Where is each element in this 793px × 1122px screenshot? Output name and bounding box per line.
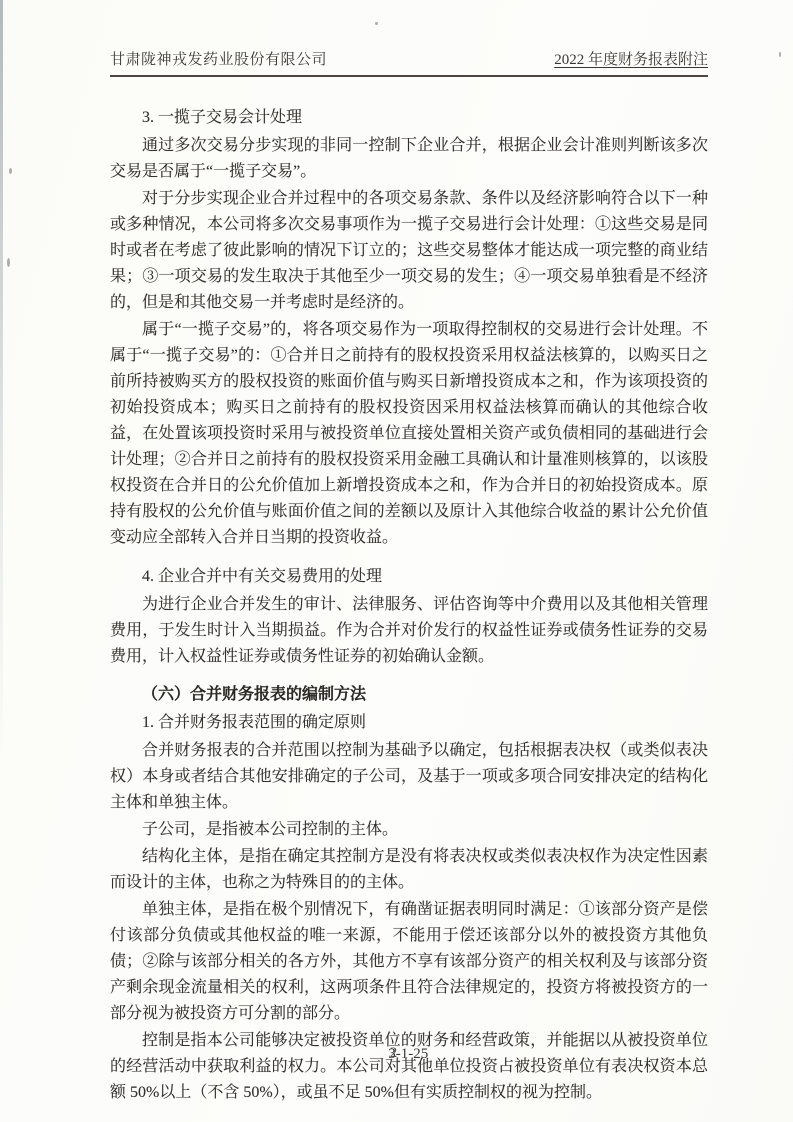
paragraph: 控制是指本公司能够决定被投资单位的财务和经营政策，并能据以从被投资单位的经营活动… <box>110 1028 708 1106</box>
company-name: 甘肃陇神戎发药业股份有限公司 <box>110 48 327 69</box>
paragraph: 对于分步实现企业合并过程中的各项交易条款、条件以及经济影响符合以下一种或多种情况… <box>110 186 708 316</box>
section-heading: 1. 合并财务报表范围的确定原则 <box>110 710 708 736</box>
section-heading: 4. 企业合并中有关交易费用的处理 <box>110 564 708 590</box>
scan-speck <box>9 168 12 174</box>
section-heading: （六）合并财务报表的编制方法 <box>110 682 708 708</box>
paragraph: 子公司，是指被本公司控制的主体。 <box>110 817 708 843</box>
scan-speck <box>375 22 378 25</box>
document-page: 甘肃陇神戎发药业股份有限公司 2022 年度财务报表附注 3. 一揽子交易会计处… <box>0 0 793 1122</box>
paragraph: 属于“一揽子交易”的，将各项交易作为一项取得控制权的交易进行会计处理。不属于“一… <box>110 317 708 551</box>
scan-edge-artifact <box>0 0 3 760</box>
report-title: 2022 年度财务报表附注 <box>554 48 708 69</box>
paragraph: 结构化主体，是指在确定其控制方是没有将表决权或类似表决权作为决定性因素而设计的主… <box>110 844 708 896</box>
section-heading: 3. 一揽子交易会计处理 <box>110 105 708 131</box>
page-header: 甘肃陇神戎发药业股份有限公司 2022 年度财务报表附注 <box>110 48 708 77</box>
page-number-overlap-digit: 2 <box>390 1045 398 1062</box>
paragraph: 为进行企业合并发生的审计、法律服务、评估咨询等中介费用以及其他相关管理费用，于发… <box>110 592 708 670</box>
page-footer: 23-1-25 <box>110 1046 708 1063</box>
scan-speck <box>7 258 10 267</box>
document-body: 3. 一揽子交易会计处理通过多次交易分步实现的非同一控制下企业合并，根据企业会计… <box>110 92 708 1106</box>
paragraph: 合并财务报表的合并范围以控制为基础予以确定，包括根据表决权（或类似表决权）本身或… <box>110 738 708 816</box>
scan-speck <box>779 52 781 57</box>
paragraph: 单独主体，是指在极个别情况下，有确凿证据表明同时满足：①该部分资产是偿付该部分负… <box>110 897 708 1027</box>
paragraph: 通过多次交易分步实现的非同一控制下企业合并，根据企业会计准则判断该多次交易是否属… <box>110 133 708 185</box>
